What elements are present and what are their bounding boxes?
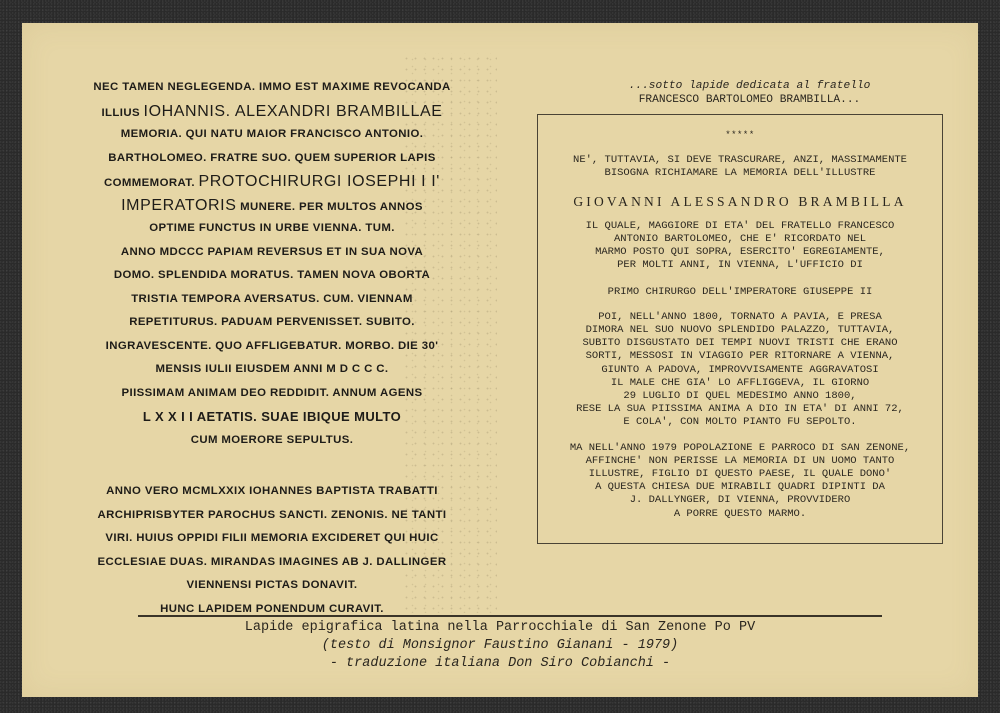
translation-line: IL QUALE, MAGGIORE DI ETA' DEL FRATELLO … [538, 220, 942, 233]
latin-line-large: IMPERATORIS [121, 197, 236, 214]
latin-line: TRISTIA TEMPORA AVERSATUS. CUM. VIENNAM [82, 288, 462, 312]
intro-name: FRANCESCO BARTOLOMEO BRAMBILLA... [537, 93, 962, 107]
translation-line: NE', TUTTAVIA, SI DEVE TRASCURARE, ANZI,… [538, 154, 942, 167]
latin-line: MENSIS IULII EIUSDEM ANNI M D C C C. [82, 358, 462, 382]
translation-line: A QUESTA CHIESA DUE MIRABILI QUADRI DIPI… [538, 481, 942, 494]
translation-line: MARMO POSTO QUI SOPRA, ESERCITO' EGREGIA… [538, 246, 942, 259]
caption-divider [138, 615, 882, 617]
translation-paragraph: IL QUALE, MAGGIORE DI ETA' DEL FRATELLO … [538, 220, 942, 273]
latin-line: REPETITURUS. PADUAM PERVENISSET. SUBITO. [82, 311, 462, 335]
translation-box: ***** NE', TUTTAVIA, SI DEVE TRASCURARE,… [537, 114, 943, 544]
latin-line-large: IOHANNIS. ALEXANDRI BRAMBILLAE [144, 103, 443, 120]
translation-line: MA NELL'ANNO 1979 POPOLAZIONE E PARROCO … [538, 442, 942, 455]
translation-line: BISOGNA RICHIAMARE LA MEMORIA DELL'ILLUS… [538, 167, 942, 180]
latin-line: ANNO MDCCC PAPIAM REVERSUS ET IN SUA NOV… [82, 241, 462, 265]
translation-line: SUBITO DISGUSTATO DEI TEMPI NUOVI TRISTI… [538, 337, 942, 350]
latin-line: COMMEMORAT. PROTOCHIRURGI IOSEPHI I I' [82, 170, 462, 194]
latin-line: DOMO. SPLENDIDA MORATUS. TAMEN NOVA OBOR… [82, 264, 462, 288]
latin-line: ECCLESIAE DUAS. MIRANDAS IMAGINES AB J. … [82, 551, 462, 575]
translation-line: DIMORA NEL SUO NUOVO SPLENDIDO PALAZZO, … [538, 324, 942, 337]
latin-line: ILLIUS IOHANNIS. ALEXANDRI BRAMBILLAE [82, 100, 462, 124]
latin-line-small: ILLIUS [101, 107, 143, 119]
latin-line: NEC TAMEN NEGLEGENDA. IMMO EST MAXIME RE… [82, 76, 462, 100]
latin-line-large: PROTOCHIRURGI IOSEPHI I I' [198, 173, 440, 190]
paper-sheet: NEC TAMEN NEGLEGENDA. IMMO EST MAXIME RE… [22, 23, 978, 697]
translation-paragraph: POI, NELL'ANNO 1800, TORNATO A PAVIA, E … [538, 311, 942, 430]
latin-line: ANNO VERO MCMLXXIX IOHANNES BAPTISTA TRA… [82, 480, 462, 504]
latin-line: INGRAVESCENTE. QUO AFFLIGEBATUR. MORBO. … [82, 335, 462, 359]
caption-title: Lapide epigrafica latina nella Parrocchi… [82, 619, 918, 637]
translation-line: 29 LUGLIO DI QUEL MEDESIMO ANNO 1800, [538, 390, 942, 403]
translation-line: ILLUSTRE, FIGLIO DI QUESTO PAESE, IL QUA… [538, 468, 942, 481]
translation-line: A PORRE QUESTO MARMO. [538, 508, 942, 521]
role-title: PRIMO CHIRURGO DELL'IMPERATORE GIUSEPPE … [538, 286, 942, 299]
latin-line: PIISSIMAM ANIMAM DEO REDDIDIT. ANNUM AGE… [82, 382, 462, 406]
latin-line: OPTIME FUNCTUS IN URBE VIENNA. TUM. [82, 217, 462, 241]
subject-name: GIOVANNI ALESSANDRO BRAMBILLA [538, 195, 942, 208]
latin-line: IMPERATORIS MUNERE. PER MULTOS ANNOS [82, 194, 462, 218]
translation-line: POI, NELL'ANNO 1800, TORNATO A PAVIA, E … [538, 311, 942, 324]
translation-line: GIUNTO A PADOVA, IMPROVVISAMENTE AGGRAVA… [538, 364, 942, 377]
caption-author: (testo di Monsignor Faustino Gianani - 1… [82, 637, 918, 655]
translation-line: ANTONIO BARTOLOMEO, CHE E' RICORDATO NEL [538, 233, 942, 246]
translation-line: RESE LA SUA PIISSIMA ANIMA A DIO IN ETA'… [538, 403, 942, 416]
latin-line: MEMORIA. QUI NATU MAIOR FRANCISCO ANTONI… [82, 123, 462, 147]
latin-line: ARCHIPRISBYTER PAROCHUS SANCTI. ZENONIS.… [82, 504, 462, 528]
translation-line: SORTI, MESSOSI IN VIAGGIO PER RITORNARE … [538, 350, 942, 363]
stars-ornament: ***** [538, 129, 942, 142]
caption: Lapide epigrafica latina nella Parrocchi… [82, 619, 918, 673]
latin-line: L X X I I AETATIS. SUAE IBIQUE MULTO [82, 405, 462, 429]
latin-line: VIRI. HUIUS OPPIDI FILII MEMORIA EXCIDER… [82, 527, 462, 551]
latin-inscription: NEC TAMEN NEGLEGENDA. IMMO EST MAXIME RE… [82, 76, 462, 621]
intro-italic: ...sotto lapide dedicata al fratello [537, 79, 962, 93]
translation-paragraph: MA NELL'ANNO 1979 POPOLAZIONE E PARROCO … [538, 442, 942, 521]
translation-intro: ...sotto lapide dedicata al fratello FRA… [537, 79, 962, 107]
spacer [82, 452, 462, 480]
translation-line: AFFINCHE' NON PERISSE LA MEMORIA DI UN U… [538, 455, 942, 468]
translation-paragraph: NE', TUTTAVIA, SI DEVE TRASCURARE, ANZI,… [538, 154, 942, 180]
latin-line: CUM MOERORE SEPULTUS. [82, 429, 462, 453]
latin-line: VIENNENSI PICTAS DONAVIT. [82, 574, 462, 598]
caption-translator: - traduzione italiana Don Siro Cobianchi… [82, 655, 918, 673]
translation-line: IL MALE CHE GIA' LO AFFLIGGEVA, IL GIORN… [538, 377, 942, 390]
latin-line: BARTHOLOMEO. FRATRE SUO. QUEM SUPERIOR L… [82, 147, 462, 171]
latin-line: HUNC LAPIDEM PONENDUM CURAVIT. [82, 598, 462, 622]
latin-line-small: COMMEMORAT. [104, 177, 198, 189]
translation-line: PER MOLTI ANNI, IN VIENNA, L'UFFICIO DI [538, 259, 942, 272]
translation-line: J. DALLYNGER, DI VIENNA, PROVVIDERO [538, 494, 942, 507]
latin-line-small: MUNERE. PER MULTOS ANNOS [237, 201, 423, 213]
translation-line: E COLA', CON MOLTO PIANTO FU SEPOLTO. [538, 416, 942, 429]
